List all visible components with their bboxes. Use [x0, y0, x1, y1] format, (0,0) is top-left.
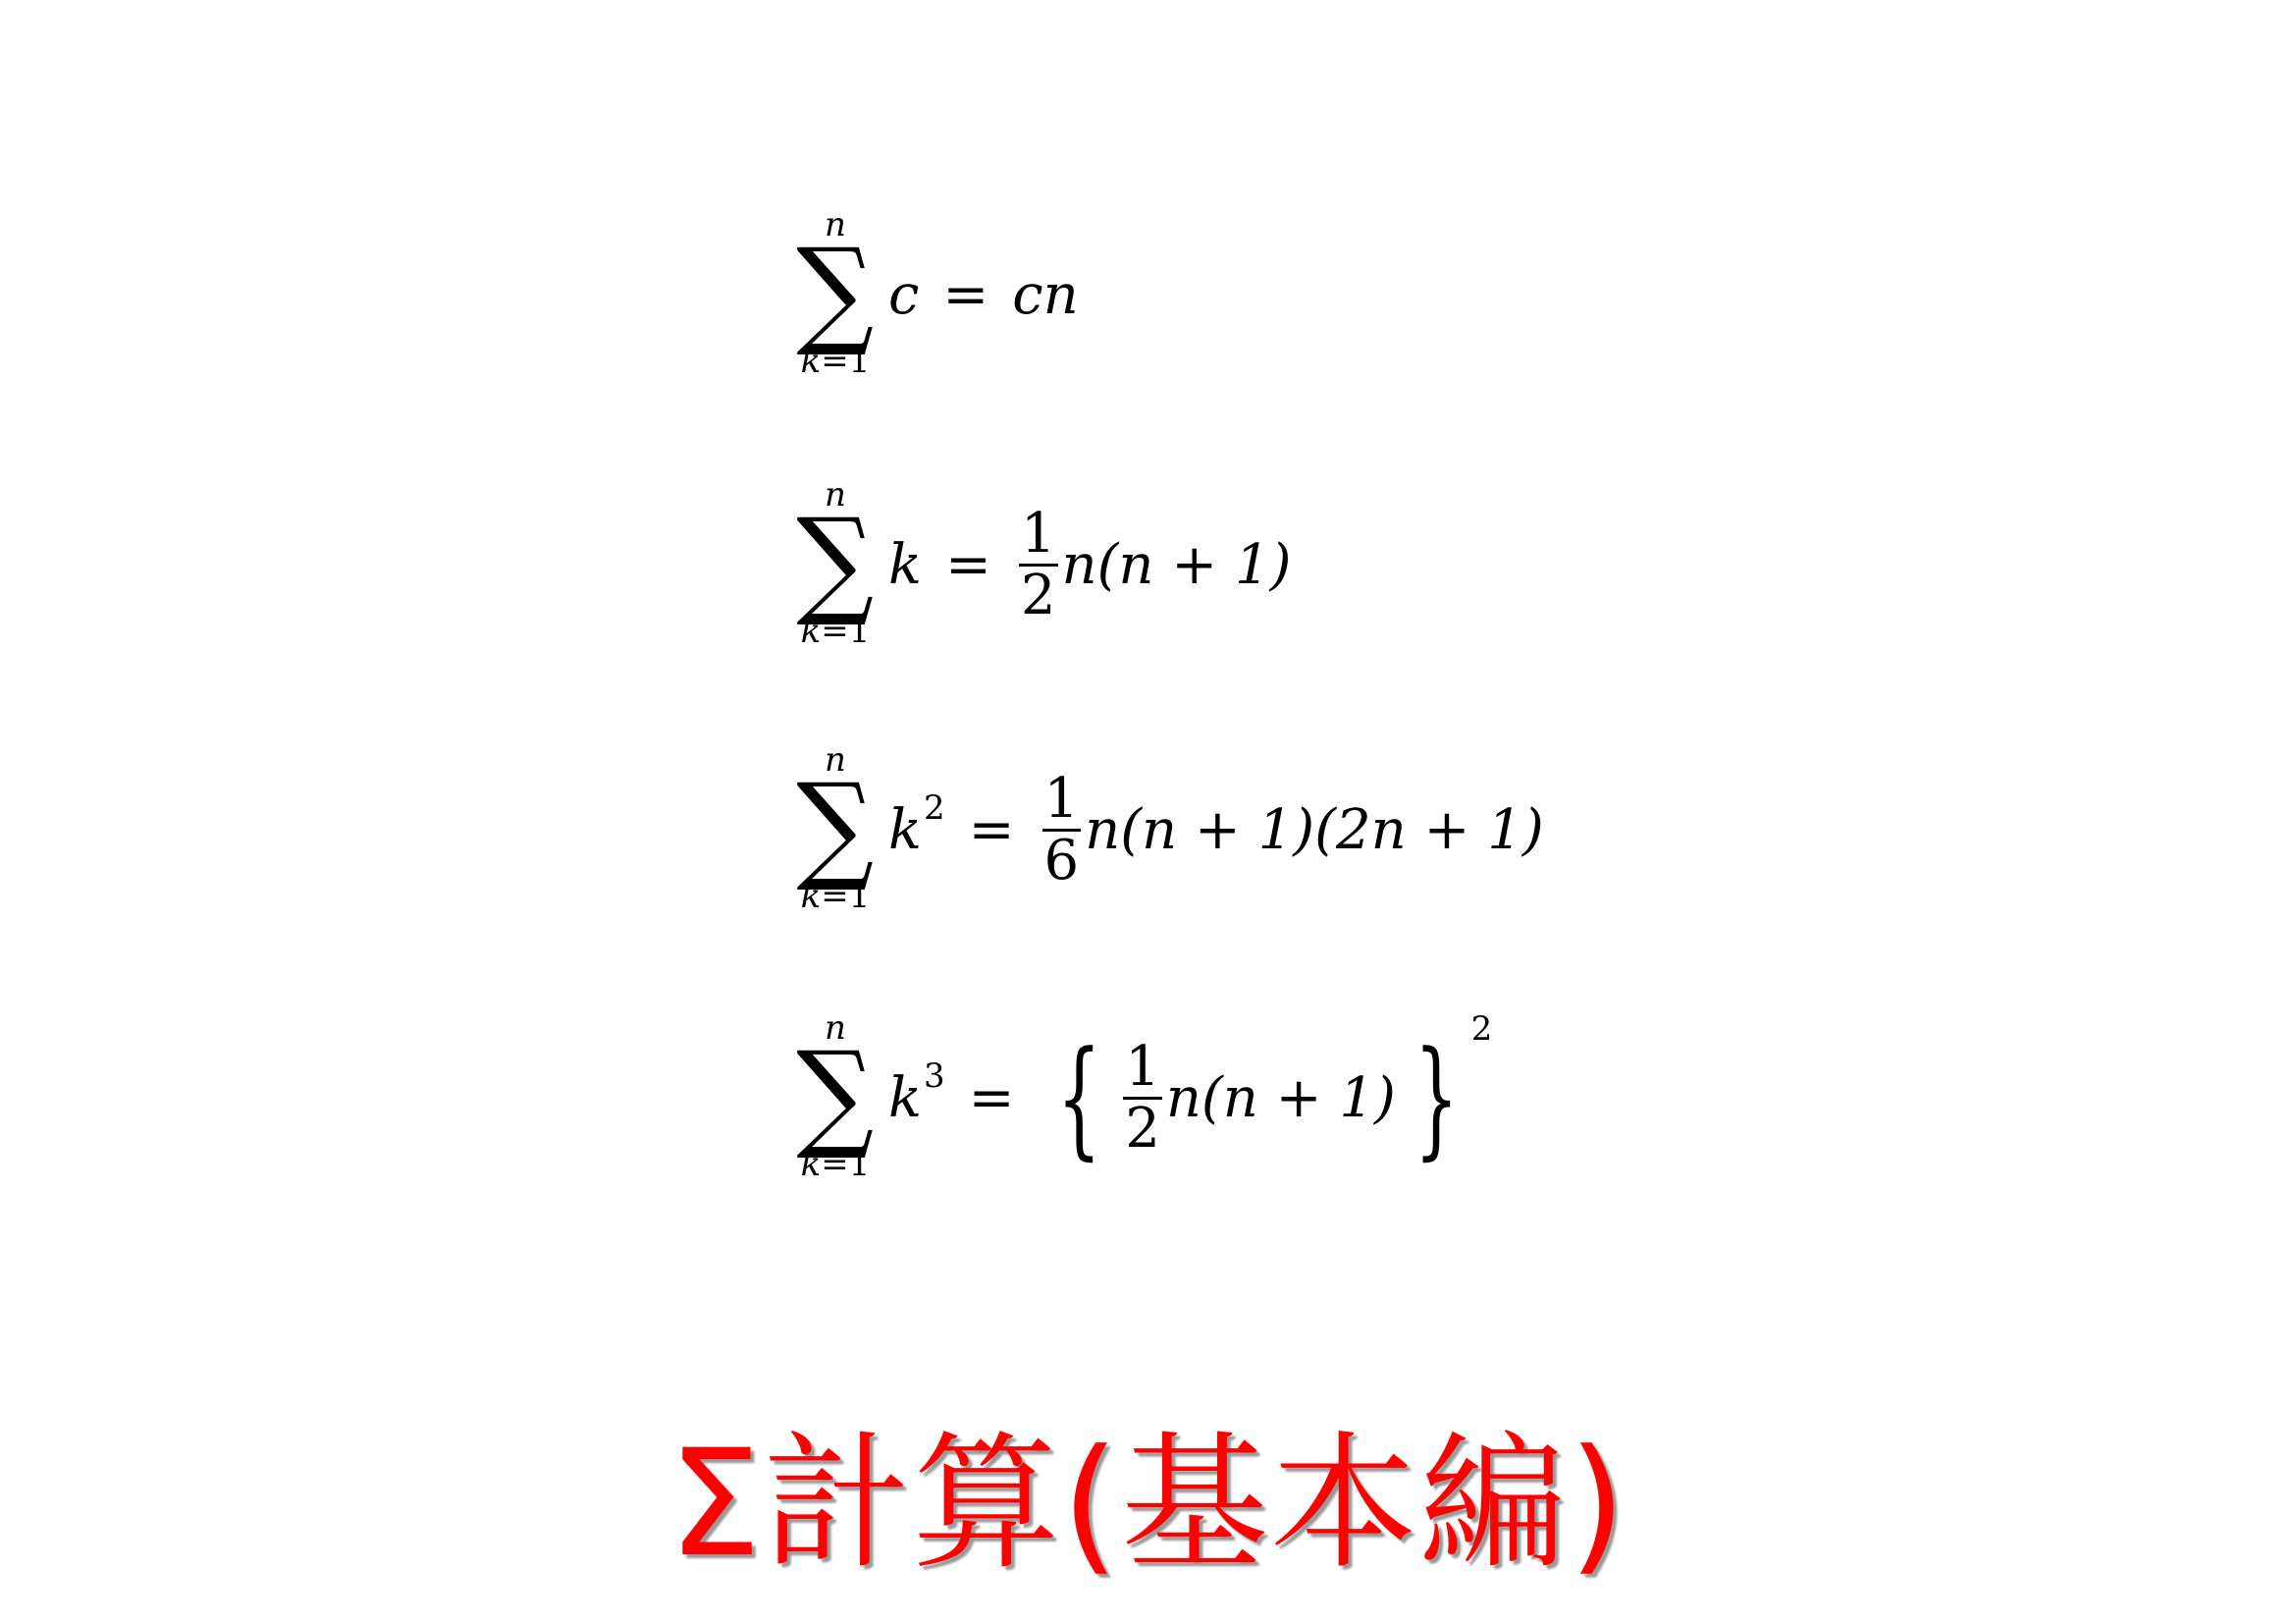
sigma-icon: ∑ [797, 1047, 875, 1145]
rhs: cn [1012, 263, 1078, 327]
sigma-icon: ∑ [797, 244, 875, 342]
formula-sum-k-cubed: n ∑ k=1 k3 = { 1 2 n(n + 1) } 2 [790, 1000, 1492, 1196]
summand-exponent: 3 [924, 1056, 945, 1096]
formula-sum-k: n ∑ k=1 k = 1 2 n(n + 1) [790, 466, 1291, 663]
rhs: n(n + 1)(2n + 1) [1085, 798, 1544, 862]
rhs: n(n + 1) [1166, 1066, 1396, 1130]
formula-expression: k2 = 1 6 n(n + 1)(2n + 1) [888, 770, 1544, 891]
equals-sign: = [945, 533, 991, 597]
equals-sign: = [969, 1066, 1015, 1130]
fraction: 1 6 [1042, 770, 1082, 891]
summation-operator: n ∑ k=1 [790, 208, 881, 381]
formula-expression: c = cn [888, 263, 1079, 327]
summand: k [888, 1066, 922, 1130]
sigma-icon: ∑ [797, 779, 875, 877]
fraction: 1 2 [1019, 505, 1058, 625]
summation-operator: n ∑ k=1 [790, 743, 881, 916]
summation-operator: n ∑ k=1 [790, 478, 881, 651]
outer-exponent: 2 [1471, 1009, 1493, 1049]
summand-exponent: 2 [924, 788, 945, 828]
summand: k [888, 798, 922, 862]
fraction-numerator: 1 [1042, 770, 1082, 829]
formula-sum-constant: n ∑ k=1 c = cn [790, 196, 1079, 393]
left-brace: { [1056, 1034, 1100, 1162]
fraction-denominator: 2 [1123, 1100, 1162, 1159]
summand: c [888, 263, 919, 327]
formula-expression: k = 1 2 n(n + 1) [888, 505, 1291, 625]
formula-sum-k-squared: n ∑ k=1 k2 = 1 6 n(n + 1)(2n + 1) [790, 731, 1544, 928]
fraction: 1 2 [1123, 1038, 1162, 1159]
summand: k [888, 533, 922, 597]
right-brace: } [1414, 1034, 1458, 1162]
fraction-denominator: 2 [1019, 567, 1058, 625]
equals-sign: = [942, 263, 988, 327]
fraction-denominator: 6 [1042, 832, 1082, 891]
fraction-numerator: 1 [1123, 1038, 1162, 1097]
formula-expression: k3 = { 1 2 n(n + 1) } 2 [888, 1034, 1492, 1162]
fraction-numerator: 1 [1019, 505, 1058, 564]
rhs: n(n + 1) [1062, 533, 1292, 597]
sigma-icon: ∑ [797, 514, 875, 612]
page-title: Σ計算(基本編) [0, 1384, 2296, 1597]
equals-sign: = [969, 798, 1015, 862]
summation-operator: n ∑ k=1 [790, 1011, 881, 1184]
